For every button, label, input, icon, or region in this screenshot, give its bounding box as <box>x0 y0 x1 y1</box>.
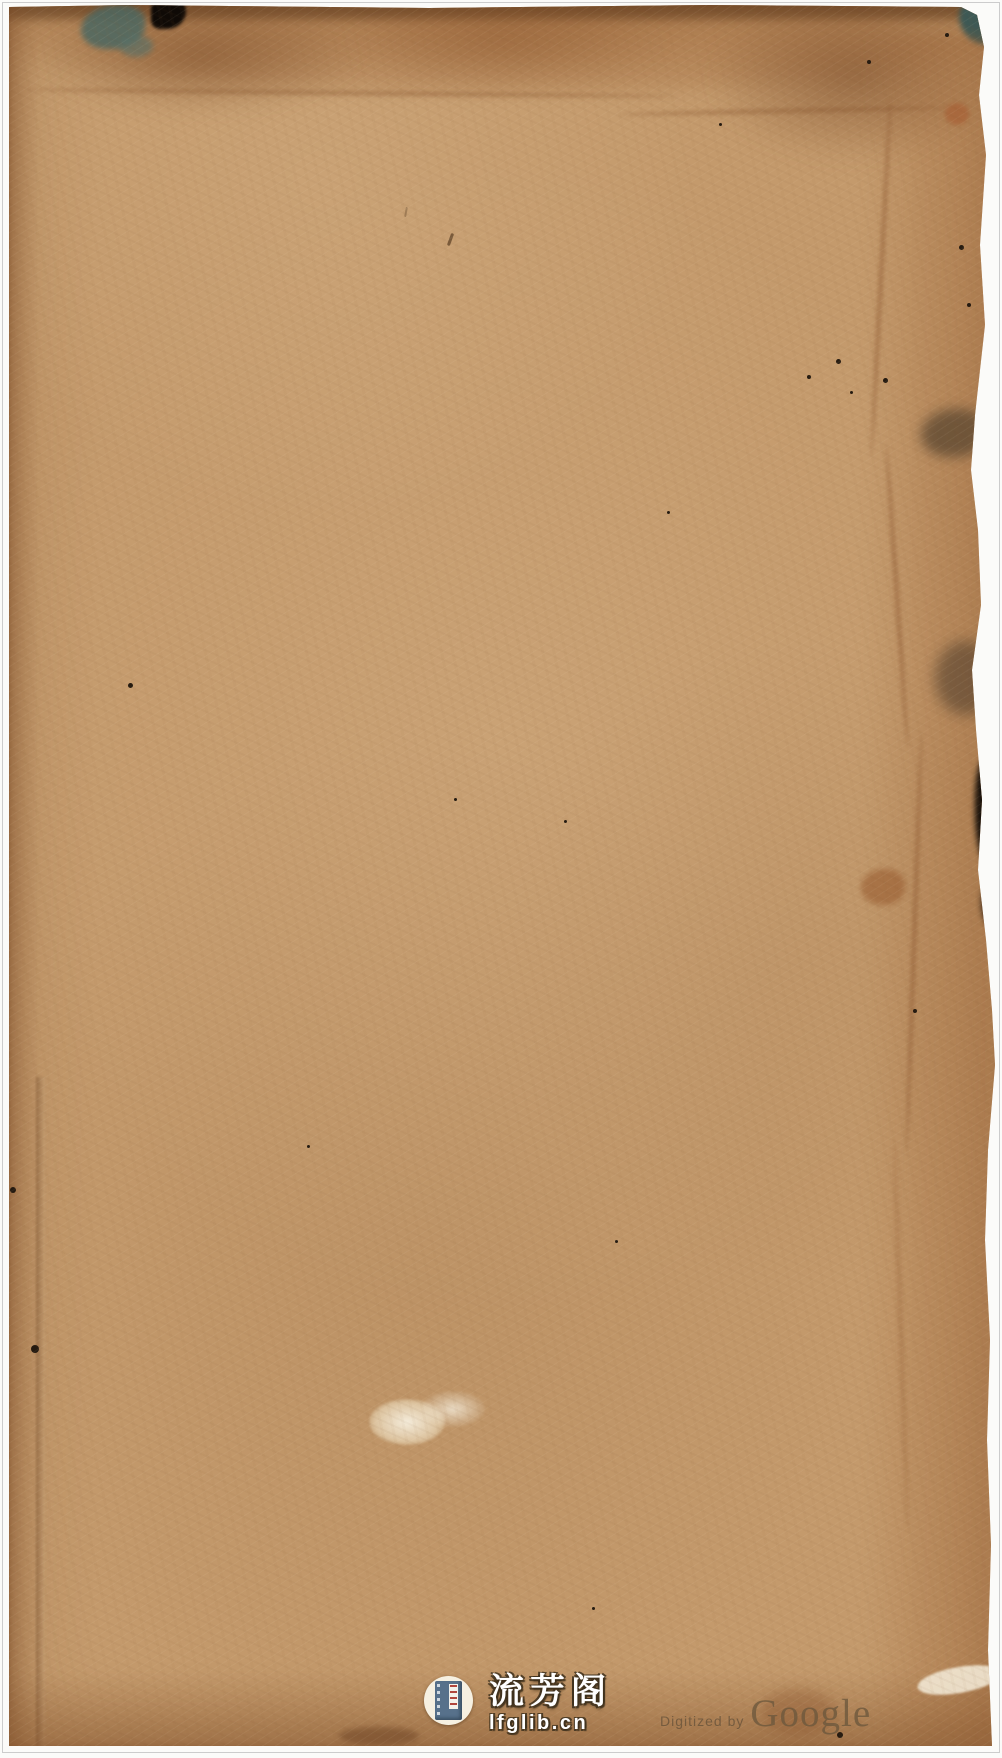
pencil-mark <box>404 207 408 217</box>
brown-spot <box>861 869 905 905</box>
speck <box>307 1145 310 1148</box>
ink-blotch <box>151 0 186 29</box>
stain-tide-line <box>892 1141 910 1531</box>
water-stain <box>339 1727 419 1745</box>
stain-tide-line <box>905 733 924 1153</box>
speck <box>836 359 841 364</box>
ink-smudge <box>119 35 153 57</box>
lfglib-site-url: lfglib.cn <box>489 1712 612 1735</box>
speck <box>959 245 964 250</box>
ink-blotch <box>975 757 1002 867</box>
speck <box>454 798 457 801</box>
lfglib-logo-badge <box>424 1676 473 1725</box>
ink-blotch <box>981 881 999 925</box>
speck <box>10 1187 16 1193</box>
stain-tide-line <box>619 106 949 117</box>
speck <box>867 60 871 64</box>
paper-texture <box>9 5 996 1746</box>
speck <box>913 1009 917 1013</box>
speck <box>667 511 670 514</box>
speck <box>850 391 853 394</box>
ink-smudge <box>81 5 145 49</box>
google-logo-text: Google <box>750 1694 871 1733</box>
lfglib-watermark-text: 流芳阁 lfglib.cn <box>489 1674 612 1735</box>
google-watermark: Digitized by Google <box>660 1694 871 1733</box>
speck <box>719 123 722 126</box>
water-stain <box>865 35 997 1746</box>
water-stain <box>0 0 1002 19</box>
white-stain <box>369 1399 445 1445</box>
water-stain <box>709 0 1001 161</box>
speck <box>615 1240 618 1243</box>
book-page-paper <box>9 5 996 1746</box>
speck <box>564 820 567 823</box>
brown-spot <box>945 103 969 125</box>
ink-smudge <box>921 409 985 457</box>
stain-tide-line <box>884 443 909 749</box>
lfglib-site-name: 流芳阁 <box>489 1674 612 1709</box>
pencil-mark <box>447 233 454 246</box>
ink-smudge <box>959 0 1002 45</box>
speck <box>128 683 133 688</box>
scanned-book-page: 流芳阁 lfglib.cn Digitized by Google <box>0 0 1002 1758</box>
water-stain <box>35 0 365 115</box>
speck <box>807 375 811 379</box>
paper-tear-highlight <box>915 1660 1002 1700</box>
stain-tide-line <box>870 97 893 457</box>
stitched-book-icon <box>435 1681 462 1720</box>
digitized-by-label: Digitized by <box>660 1713 744 1729</box>
speck <box>883 378 888 383</box>
speck <box>945 33 949 37</box>
water-stain <box>0 0 1002 95</box>
ink-smudge <box>935 641 997 715</box>
speck <box>31 1345 39 1353</box>
speck <box>967 303 971 307</box>
lfglib-watermark: 流芳阁 lfglib.cn <box>424 1676 612 1735</box>
white-stain <box>421 1391 485 1427</box>
gutter-shadow <box>9 5 39 1746</box>
water-stain <box>339 0 669 91</box>
speck <box>592 1607 595 1610</box>
stain-tide-line <box>25 88 675 99</box>
paper-crease <box>36 1077 45 1746</box>
